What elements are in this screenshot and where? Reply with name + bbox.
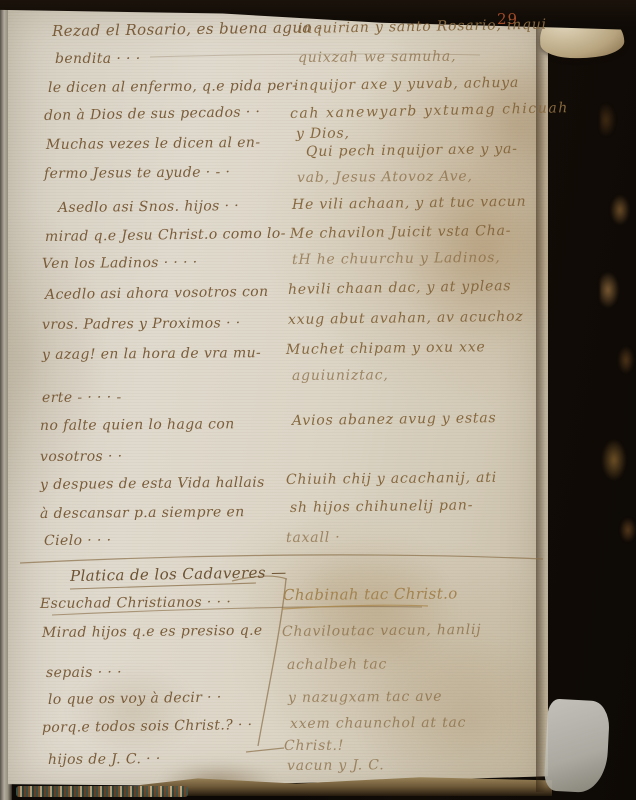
manuscript-line: don à Dios de sus pecados · · <box>44 104 261 124</box>
manuscript-line: Christ.! <box>284 738 344 754</box>
manuscript-line: sepais · · · <box>46 665 122 681</box>
manuscript-line: Acedlo asi ahora vosotros con <box>45 284 269 303</box>
manuscript-line: à descansar p.a siempre en <box>40 504 245 522</box>
manuscript-line: Ven los Ladinos · · · · <box>42 255 198 272</box>
manuscript-line: y azag! en la hora de vra mu- <box>42 345 261 363</box>
manuscript-line: le dicen al enfermo, q.e pida per- <box>48 78 297 96</box>
manuscript-line: lo que os voy à decir · · <box>48 690 222 708</box>
manuscript-line: Rezad el Rosario, es buena agua - <box>52 18 323 40</box>
manuscript-line: vosotros · · <box>40 449 123 465</box>
manuscript-line: Muchet chipam y oxu xxe <box>286 339 486 358</box>
manuscript-line: inquijor axe y yuvab, achuya <box>294 75 519 94</box>
manuscript-line: Chiuih chij y acachanij, ati <box>286 470 497 488</box>
manuscript-line: He vili achaan, y at tuc vacun <box>292 194 527 213</box>
manuscript-line: fermo Jesus te ayude · - · <box>44 164 230 182</box>
manuscript-line: y despues de esta Vida hallais <box>40 475 265 493</box>
manuscript-line: Asedlo asi Snos. hijos · · <box>58 198 239 216</box>
manuscript-line: Me chavilon Juicit vsta Cha- <box>290 223 511 242</box>
manuscript-line: y nazugxam tac ave <box>288 689 442 706</box>
manuscript-line: xxug abut avahan, av acuchoz <box>288 309 524 328</box>
manuscript-line: cah xanewyarb yxtumag chicuah <box>290 100 569 122</box>
manuscript-line: mirad q.e Jesu Christ.o como lo- <box>45 226 286 245</box>
manuscript-line: achalbeh tac <box>287 656 387 673</box>
section-heading-left: Platica de los Cadaveres — <box>70 563 287 585</box>
manuscript-line: sh hijos chihunelij pan- <box>290 497 473 516</box>
manuscript-line: taxall · <box>286 530 341 546</box>
manuscript-line: y Dios, <box>296 126 350 142</box>
manuscript-line: porq.e todos sois Christ.? · · <box>42 717 253 736</box>
manuscript-line: hevili chaan dac, y at ypleas <box>288 278 512 298</box>
manuscript-photo: 29 Rezad el Rosario, es buena agua - ben… <box>0 0 636 800</box>
manuscript-line: hijos de J. C. · · <box>48 751 161 768</box>
manuscript-line: Mirad hijos q.e es presiso q.e <box>42 623 263 641</box>
manuscript-line: Avios abanez avug y estas <box>292 410 497 429</box>
manuscript-line: inquirian y santo Rosario, inqui <box>298 17 547 37</box>
manuscript-line: vacun y J. C. <box>287 757 385 774</box>
manuscript-line: Qui pech inquijor axe y ya- <box>306 141 518 160</box>
manuscript-line: no falte quien lo haga con <box>40 416 235 434</box>
manuscript-line: vros. Padres y Proximos · · <box>42 315 241 333</box>
manuscript-line: erte - · · · - <box>42 390 122 406</box>
manuscript-line: Muchas vezes le dicen al en- <box>46 135 261 153</box>
manuscript-line: quixzah we samuha, <box>298 49 456 66</box>
handwritten-text-layer: 29 Rezad el Rosario, es buena agua - ben… <box>0 0 636 800</box>
manuscript-line: aguiuniztac, <box>292 367 389 384</box>
manuscript-line: Cielo · · · <box>44 533 112 549</box>
manuscript-line: bendita · · · <box>55 51 141 67</box>
section-heading-right: Chabinah tac Christ.o <box>283 584 458 604</box>
manuscript-line: Escuchad Christianos · · · <box>40 594 231 612</box>
manuscript-line: vab, Jesus Atovoz Ave, <box>297 168 473 186</box>
manuscript-line: Chaviloutac vacun, hanlij <box>282 622 482 640</box>
manuscript-line: tH he chuurchu y Ladinos, <box>292 250 501 268</box>
manuscript-line: xxem chaunchol at tac <box>290 715 466 732</box>
